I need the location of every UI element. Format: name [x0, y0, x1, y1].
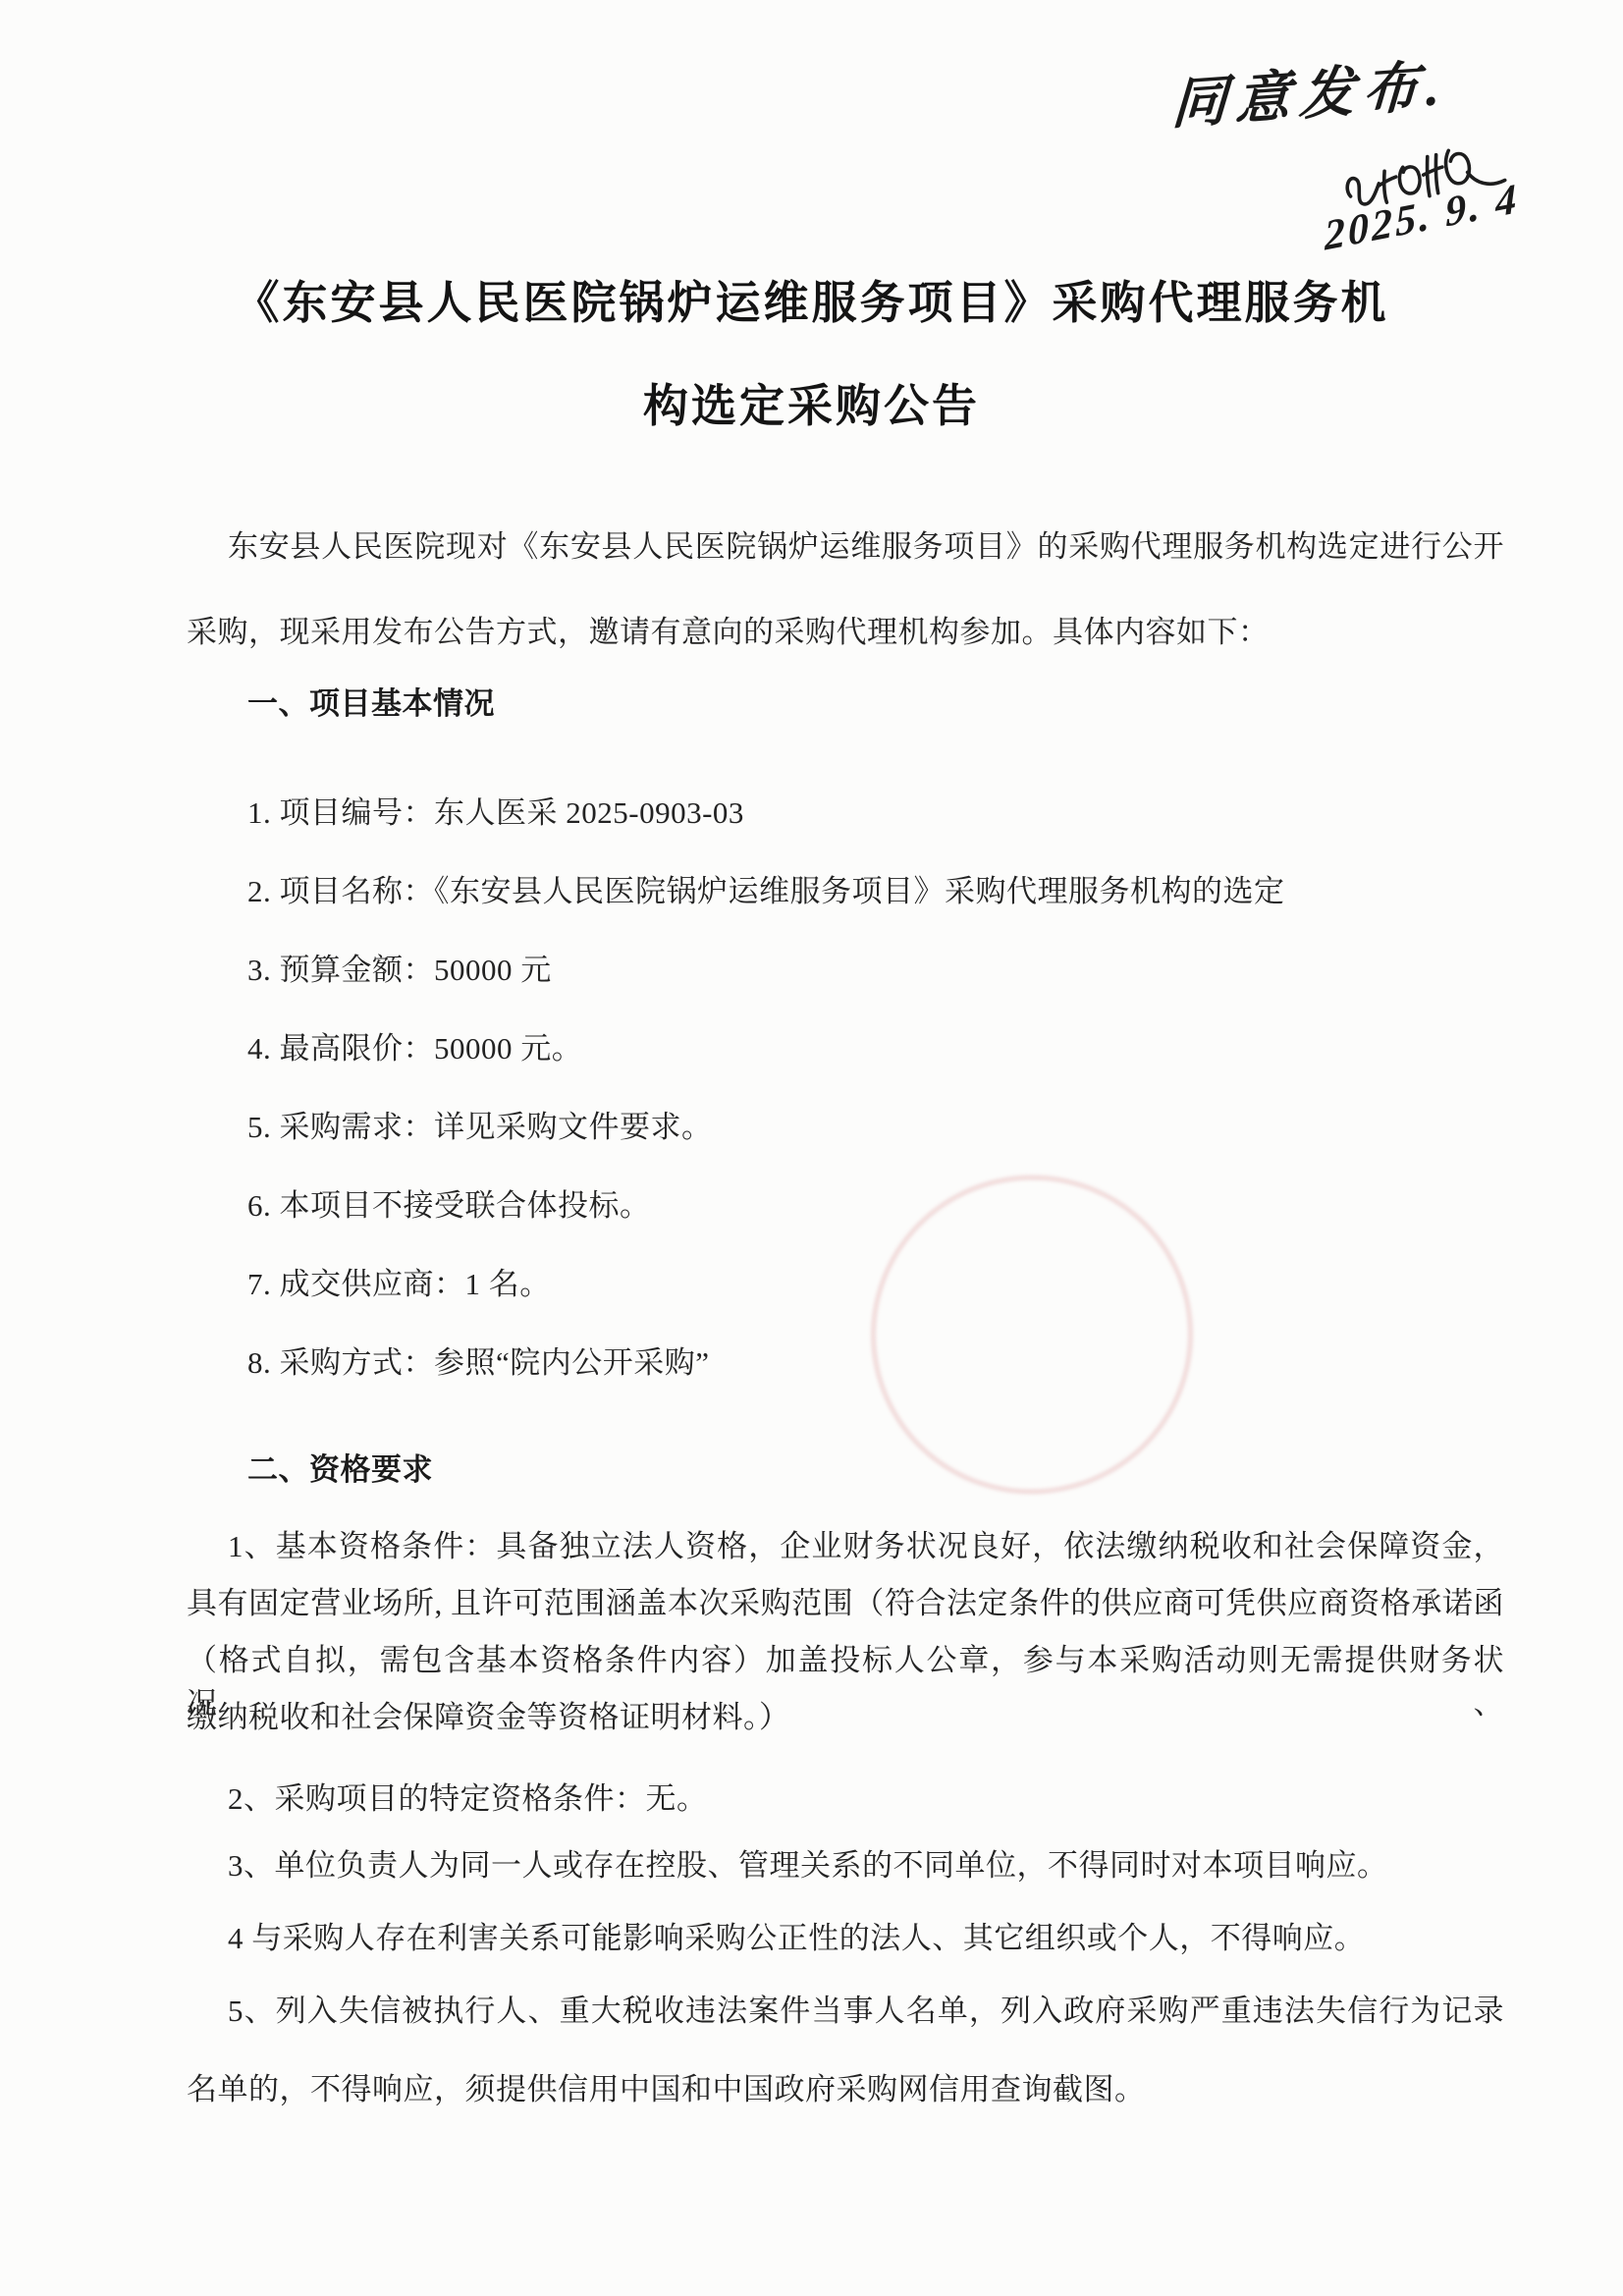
intro-paragraph-line-2: 采购，现采用发布公告方式，邀请有意向的采购代理机构参加。具体内容如下： — [187, 611, 1270, 654]
section2-item4: 4 与采购人存在利害关系可能影响采购公正性的法人、其它组织或个人，不得响应。 — [228, 1917, 1365, 1960]
section2-item1-line-2: 具有固定营业场所, 且许可范围涵盖本次采购范围（符合法定条件的供应商可凭供应商资… — [187, 1582, 1504, 1625]
section2-item1-line-4: 缴纳税收和社会保障资金等资格证明材料。） — [187, 1696, 790, 1739]
section2-item1-line-1: 1、基本资格条件：具备独立法人资格，企业财务状况良好，依法缴纳税收和社会保障资金… — [228, 1525, 1504, 1568]
section2-item2: 2、采购项目的特定资格条件：无。 — [228, 1777, 708, 1821]
section1-item-no-consortium: 6. 本项目不接受联合体投标。 — [247, 1184, 651, 1228]
section2-item5-line-1: 5、列入失信被执行人、重大税收违法案件当事人名单，列入政府采购严重违法失信行为记… — [228, 1990, 1504, 2033]
section1-item-project-name: 2. 项目名称：《东安县人民医院锅炉运维服务项目》采购代理服务机构的选定 — [247, 870, 1285, 913]
section1-item-requirements: 5. 采购需求：详见采购文件要求。 — [247, 1106, 713, 1149]
section2-item5-line-2: 名单的，不得响应，须提供信用中国和中国政府采购网信用查询截图。 — [187, 2068, 1146, 2111]
section2-item3: 3、单位负责人为同一人或存在控股、管理关系的不同单位，不得同时对本项目响应。 — [228, 1844, 1388, 1887]
page-title-line-2: 构选定采购公告 — [0, 370, 1623, 435]
section1-item-project-number: 1. 项目编号：东人医采 2025-0903-03 — [247, 792, 744, 835]
section2-heading: 二、资格要求 — [247, 1449, 433, 1492]
section1-item-price-ceiling: 4. 最高限价：50000 元。 — [247, 1027, 582, 1070]
red-seal-impression — [856, 1160, 1208, 1508]
handwritten-approval-note: 同意发布. — [1170, 41, 1452, 139]
section1-heading: 一、项目基本情况 — [247, 683, 495, 726]
section1-item-supplier-count: 7. 成交供应商：1 名。 — [247, 1263, 551, 1306]
section1-item-procurement-method: 8. 采购方式：参照“院内公开采购” — [247, 1341, 710, 1385]
intro-paragraph-line-1: 东安县人民医院现对《东安县人民医院锅炉运维服务项目》的采购代理服务机构选定进行公… — [228, 525, 1504, 569]
page-title-line-1: 《东安县人民医院锅炉运维服务项目》采购代理服务机 — [0, 267, 1623, 332]
section1-item-budget: 3. 预算金额：50000 元 — [247, 949, 552, 992]
scanned-document-page: 同意发布. 2025. 9. 4 《东安县人民医院锅炉运维服务项目》采购代理服务… — [0, 0, 1623, 2296]
